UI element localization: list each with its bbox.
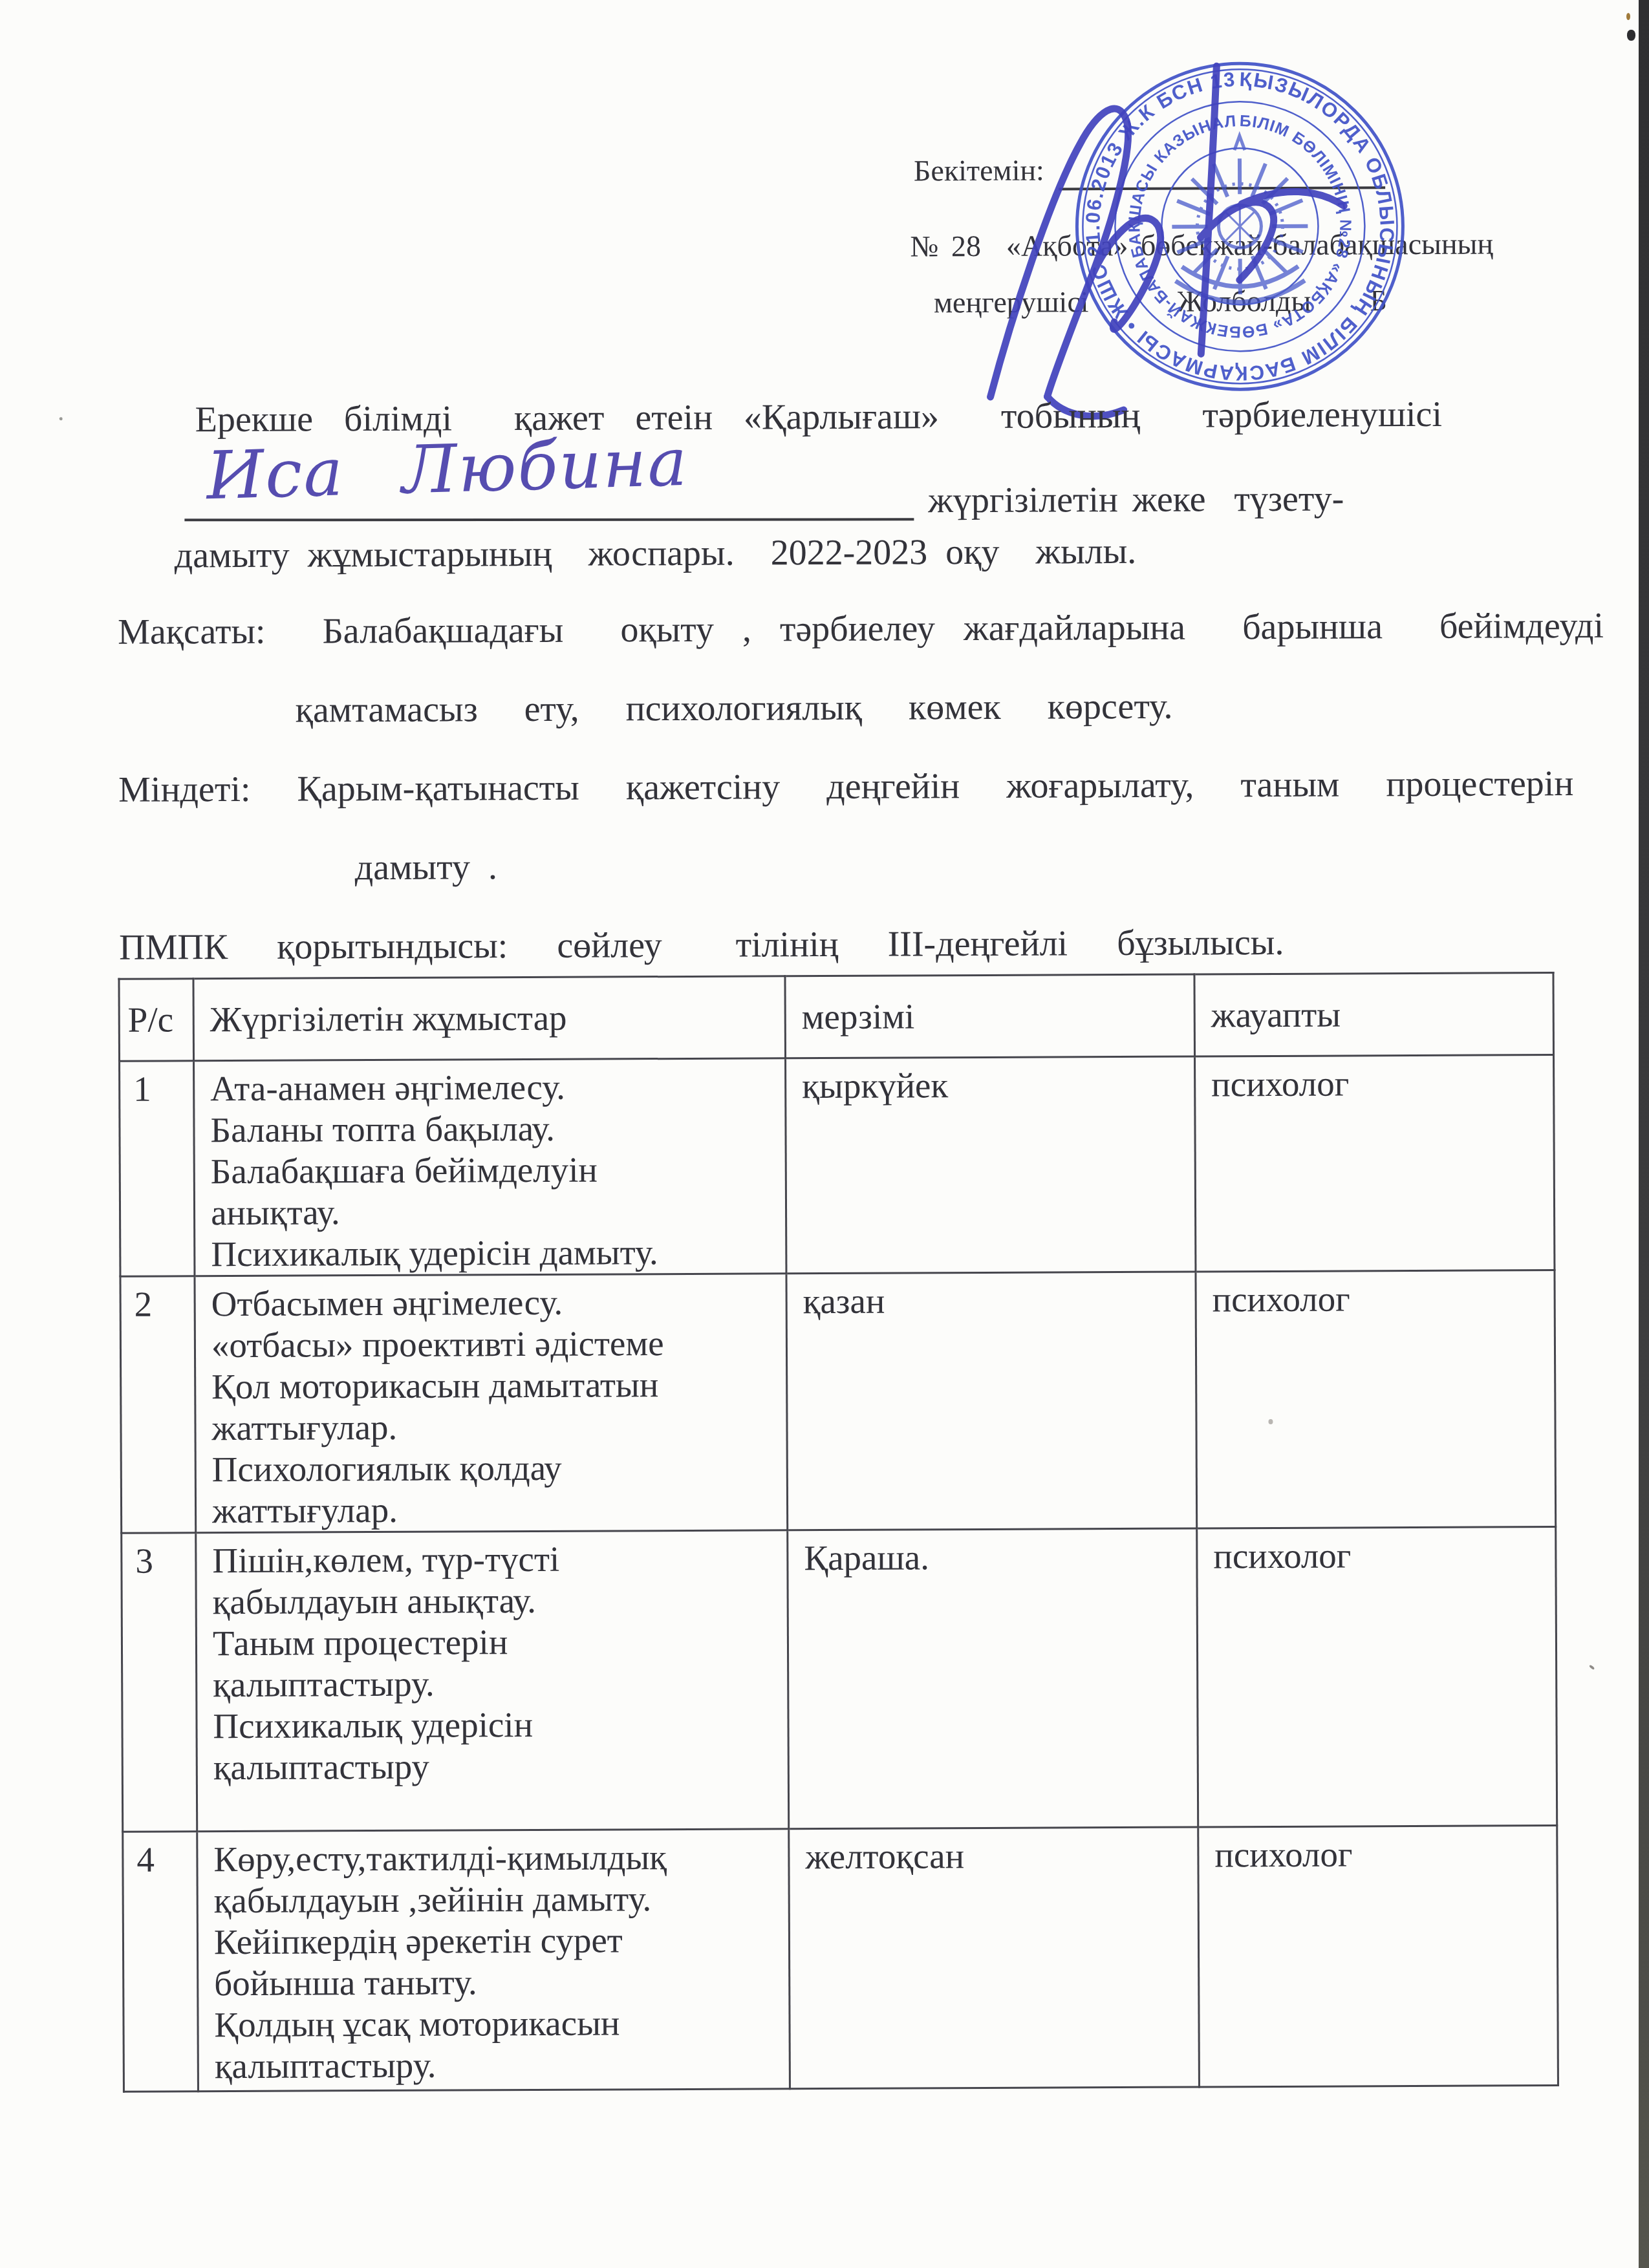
name-blank-line bbox=[184, 518, 914, 521]
scan-speck bbox=[1627, 30, 1635, 41]
row-responsible: психолог bbox=[1195, 1055, 1555, 1272]
row-number: 1 bbox=[120, 1061, 195, 1276]
header-responsible: жауапты bbox=[1194, 973, 1554, 1056]
row-number: 2 bbox=[120, 1276, 196, 1533]
header-works: Жүргізілетін жұмыстар bbox=[193, 976, 786, 1061]
table-row: 1 Ата-анамен әңгімелесу. Баланы топта ба… bbox=[120, 1055, 1555, 1277]
row-works: Отбасымен әңгімелесу. «отбасы» проективт… bbox=[195, 1274, 788, 1533]
header-term: мерзімі bbox=[785, 974, 1195, 1058]
scan-speck bbox=[1626, 13, 1630, 20]
manager-signature bbox=[924, 43, 1379, 445]
plan-table: Р/с Жүргізілетін жұмыстар мерзімі жауапт… bbox=[118, 972, 1559, 2093]
plan-table-wrapper: Р/с Жүргізілетін жұмыстар мерзімі жауапт… bbox=[118, 972, 1559, 2093]
row-term: қыркүйек bbox=[786, 1056, 1196, 1274]
table-row: 4 Көру,есту,тактилді-қимылдық қабылдауын… bbox=[123, 1826, 1558, 2092]
goal-line-2: қамтамасыз ету, психологиялық көмек көрс… bbox=[296, 685, 1173, 732]
table-header-row: Р/с Жүргізілетін жұмыстар мерзімі жауапт… bbox=[119, 973, 1554, 1062]
row-number: 4 bbox=[123, 1832, 199, 2091]
row-term: қазан bbox=[786, 1272, 1197, 1530]
row-responsible: психолог bbox=[1197, 1527, 1557, 1827]
document-sheet: Бекітемін: № 28 «Ақбота» бөбекжай-балаба… bbox=[0, 0, 1649, 2268]
scanner-edge-shadow bbox=[1639, 0, 1649, 2268]
row-responsible: психолог bbox=[1198, 1826, 1558, 2087]
row-works: Көру,есту,тактилді-қимылдық қабылдауын ,… bbox=[197, 1829, 790, 2091]
header-num: Р/с bbox=[119, 979, 194, 1062]
row-works: Ата-анамен әңгімелесу. Баланы топта бақы… bbox=[194, 1058, 786, 1276]
row-term: желтоқсан bbox=[789, 1827, 1200, 2089]
row-works: Пішін,көлем, түр-түсті қабылдауын анықта… bbox=[196, 1530, 789, 1832]
row-responsible: психолог bbox=[1196, 1270, 1556, 1528]
goal-line-1: Мақсаты: Балабақшадағы оқыту , тәрбиелеу… bbox=[118, 604, 1604, 654]
scanned-document-page: Бекітемін: № 28 «Ақбота» бөбекжай-балаба… bbox=[0, 0, 1649, 2268]
scan-speck bbox=[1268, 1419, 1273, 1424]
task-line-2: дамыту . bbox=[355, 846, 497, 889]
scan-speck bbox=[59, 417, 63, 420]
child-name-handwritten: Иса Любина bbox=[205, 424, 689, 515]
row-term: Қараша. bbox=[788, 1528, 1198, 1829]
scan-speck bbox=[1589, 1664, 1595, 1670]
pmpk-conclusion-line: ПМПК қорытындысы: сөйлеу тілінің ІІІ-дең… bbox=[119, 921, 1284, 969]
intro-line-3: дамыту жұмыстарының жоспары. 2022-2023 о… bbox=[174, 530, 1136, 577]
row-number: 3 bbox=[122, 1533, 197, 1832]
table-row: 2 Отбасымен әңгімелесу. «отбасы» проекти… bbox=[120, 1270, 1556, 1534]
task-line-1: Міндеті: Қарым-қатынасты қажетсіну деңге… bbox=[118, 762, 1573, 811]
intro-line-2-right: жүргізілетін жеке түзету- bbox=[928, 477, 1344, 522]
table-row: 3 Пішін,көлем, түр-түсті қабылдауын анық… bbox=[122, 1527, 1557, 1832]
